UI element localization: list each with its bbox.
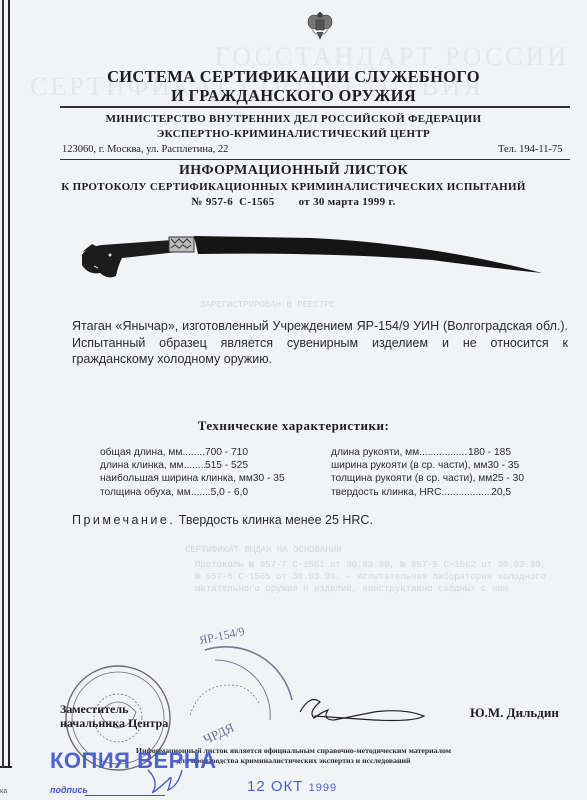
- spec-row: толщина рукояти (в ср. части), мм25 - 30: [331, 472, 511, 485]
- spec-row: длина клинка, мм 515 - 525: [100, 459, 248, 472]
- yataghan-image: [72, 228, 547, 278]
- round-seal-purple: [190, 647, 292, 720]
- phone: Тел. 194-11-75: [498, 144, 563, 155]
- protocol-number: № 957-6 С-1565 от 30 марта 1999 г.: [0, 196, 587, 208]
- note-lead: Примечание.: [72, 513, 175, 527]
- spec-value: 700 - 710: [205, 446, 248, 459]
- signer-name: Ю.М. Дильдин: [470, 705, 559, 721]
- address: 123060, г. Москва, ул. Расплетина, 22: [62, 144, 228, 155]
- spec-label: толщина обуха, мм: [100, 486, 191, 499]
- spec-label: толщина рукояти (в ср. части), мм: [331, 472, 492, 485]
- spec-row: общая длина, мм 700 - 710: [100, 446, 248, 459]
- spec-value: 25 - 30: [492, 472, 524, 485]
- spec-label: ширина рукояти (в ср. части), мм: [331, 459, 487, 472]
- spec-label: общая длина, мм: [100, 446, 182, 459]
- address-rule: [60, 159, 570, 160]
- note: Примечание. Твердость клинка менее 25 HR…: [72, 513, 373, 527]
- spec-value: 30 - 35: [253, 472, 285, 485]
- spec-label: наибольшая ширина клинка, мм: [100, 472, 253, 485]
- spec-value: 180 - 185: [468, 446, 511, 459]
- spec-row: толщина обуха, мм5,0 - 6,0: [100, 486, 248, 499]
- spec-row: твердость клинка, HRC 20,5: [331, 486, 511, 499]
- spec-label: длина клинка, мм: [100, 459, 184, 472]
- coat-of-arms-icon: [304, 8, 336, 42]
- specs-right-column: длина рукояти, мм 180 - 185 ширина рукоя…: [331, 446, 511, 499]
- document-title: ИНФОРМАЦИОННЫЙ ЛИСТОК: [0, 163, 587, 179]
- spec-value: 30 - 35: [487, 459, 519, 472]
- date-stamp-year: 1999: [309, 782, 337, 794]
- ministry-name: МИНИСТЕРСТВО ВНУТРЕННИХ ДЕЛ РОССИЙСКОЙ Ф…: [0, 113, 587, 125]
- date-stamp: 12 ОКТ 1999: [247, 778, 337, 795]
- date-stamp-day-month: 12 ОКТ: [247, 778, 303, 795]
- signature-line: [85, 795, 165, 796]
- corner-fragment: ка: [0, 788, 7, 795]
- system-title-line1: СИСТЕМА СЕРТИФИКАЦИИ СЛУЖЕБНОГО: [0, 67, 587, 86]
- header-rule: [60, 106, 570, 108]
- copy-verified-stamp: КОПИЯ ВЕРНА: [50, 748, 217, 774]
- bleed-through-text: СЕРТИФИКАТ ВЫДАН НА ОСНОВАНИИ: [185, 545, 342, 555]
- note-text: Твердость клинка менее 25 HRC.: [175, 513, 373, 527]
- specs-left-column: общая длина, мм 700 - 710 длина клинка, …: [100, 446, 248, 499]
- item-description: Ятаган «Янычар», изготовленный Учреждени…: [72, 318, 568, 368]
- spec-label: длина рукояти, мм: [331, 446, 419, 459]
- spec-value: 5,0 - 6,0: [211, 486, 248, 499]
- seal-text-bottom: ЧРДЯ: [201, 720, 237, 747]
- bleed-through-text: метательного оружия и изделий, конструкт…: [195, 584, 508, 594]
- signer-role-line2: начальника Центра: [60, 716, 168, 730]
- signer-role-line1: Заместитель: [60, 702, 168, 716]
- spec-value: 20,5: [491, 486, 511, 499]
- spec-value: 515 - 525: [205, 459, 248, 472]
- specs-title: Технические характеристики:: [0, 418, 587, 434]
- spec-label: твердость клинка, HRC: [331, 486, 441, 499]
- system-title-line2: И ГРАЖДАНСКОГО ОРУЖИЯ: [0, 86, 587, 105]
- spec-row: наибольшая ширина клинка, мм30 - 35: [100, 472, 248, 485]
- bleed-through-text: ЗАРЕГИСТРИРОВАН В РЕЕСТРЕ: [200, 300, 335, 310]
- document-subtitle: К ПРОТОКОЛУ СЕРТИФИКАЦИОННЫХ КРИМИНАЛИСТ…: [0, 181, 587, 193]
- seal-text: ЯР-154/9: [198, 624, 246, 647]
- signature-label: подпись: [50, 785, 88, 795]
- signer-role: Заместитель начальника Центра: [60, 702, 168, 730]
- center-name: ЭКСПЕРТНО-КРИМИНАЛИСТИЧЕСКИЙ ЦЕНТР: [0, 128, 587, 140]
- protocol-id: № 957-6 С-1565: [191, 196, 274, 208]
- protocol-date: от 30 марта 1999 г.: [299, 196, 396, 208]
- bleed-through-text: № 957-6 С-1565 от 30.03.99. - Испытатель…: [195, 572, 546, 582]
- spec-row: длина рукояти, мм 180 - 185: [331, 446, 511, 459]
- spec-row: ширина рукояти (в ср. части), мм30 - 35: [331, 459, 511, 472]
- bleed-through-text: Протоколы № 957-7 С-1561 от 30.03.99, № …: [195, 560, 546, 570]
- signature-mark: [300, 700, 424, 721]
